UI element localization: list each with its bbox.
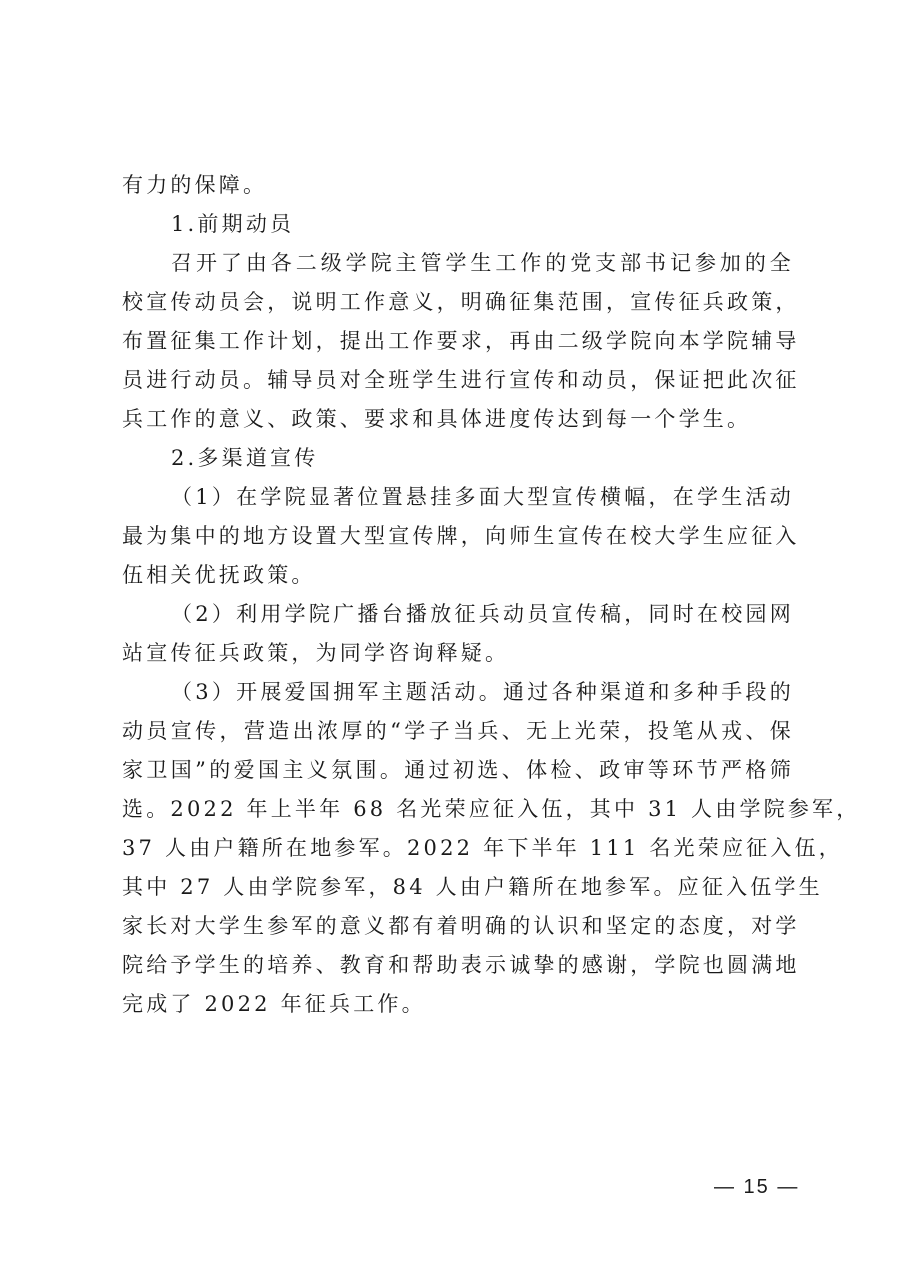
text-line: 最为集中的地方设置大型宣传牌，向师生宣传在校大学生应征入 — [122, 517, 794, 556]
section-heading-preliminary-mobilization: 1.前期动员 — [122, 205, 794, 244]
text-line: 37 人由户籍所在地参军。2022 年下半年 111 名光荣应征入伍， — [122, 829, 794, 868]
text-line: 家卫国”的爱国主义氛围。通过初选、体检、政审等环节严格筛 — [122, 751, 794, 790]
text-line: （3）开展爱国拥军主题活动。通过各种渠道和多种手段的 — [122, 673, 794, 712]
text-line: 校宣传动员会，说明工作意义，明确征集范围，宣传征兵政策， — [122, 283, 794, 322]
text-line: 召开了由各二级学院主管学生工作的党支部书记参加的全 — [122, 244, 794, 283]
page-number: — 15 — — [714, 1176, 799, 1199]
text-line: 其中 27 人由学院参军，84 人由户籍所在地参军。应征入伍学生 — [122, 868, 794, 907]
section-heading-multichannel-publicity: 2.多渠道宣传 — [122, 439, 794, 478]
text-line: （1）在学院显著位置悬挂多面大型宣传横幅，在学生活动 — [122, 478, 794, 517]
text-line: 布置征集工作计划，提出工作要求，再由二级学院向本学院辅导 — [122, 322, 794, 361]
text-line: 动员宣传，营造出浓厚的“学子当兵、无上光荣，投笔从戎、保 — [122, 712, 794, 751]
text-line: 伍相关优抚政策。 — [122, 556, 794, 595]
text-line: 家长对大学生参军的意义都有着明确的认识和坚定的态度，对学 — [122, 907, 794, 946]
text-line: 兵工作的意义、政策、要求和具体进度传达到每一个学生。 — [122, 400, 794, 439]
text-line: 员进行动员。辅导员对全班学生进行宣传和动员，保证把此次征 — [122, 361, 794, 400]
text-line: （2）利用学院广播台播放征兵动员宣传稿，同时在校园网 — [122, 595, 794, 634]
document-page: 有力的保障。 1.前期动员 召开了由各二级学院主管学生工作的党支部书记参加的全 … — [0, 0, 904, 1280]
text-line: 选。2022 年上半年 68 名光荣应征入伍，其中 31 人由学院参军， — [122, 790, 794, 829]
text-line: 有力的保障。 — [122, 166, 794, 205]
text-line: 完成了 2022 年征兵工作。 — [122, 985, 794, 1024]
document-body: 有力的保障。 1.前期动员 召开了由各二级学院主管学生工作的党支部书记参加的全 … — [122, 166, 794, 1024]
text-line: 站宣传征兵政策，为同学咨询释疑。 — [122, 634, 794, 673]
text-line: 院给予学生的培养、教育和帮助表示诚挚的感谢，学院也圆满地 — [122, 946, 794, 985]
